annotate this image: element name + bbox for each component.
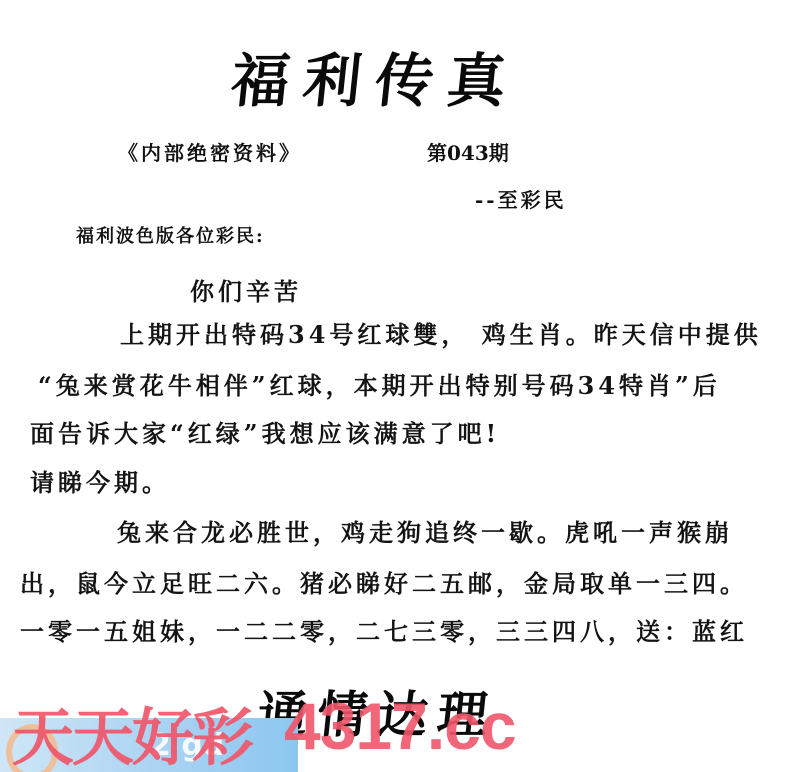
issue-number: 第043期 xyxy=(427,137,509,166)
greeting: 福利波色版各位彩民: xyxy=(76,222,265,248)
watermark-text: 天天好彩 xyxy=(12,688,252,772)
signature: --至彩民 xyxy=(475,184,567,213)
document-subtitle: 《内部绝密资料》 xyxy=(118,137,302,166)
document-title: 福利传真 xyxy=(228,34,525,118)
body-line-5: 请睇今期。 xyxy=(30,463,170,498)
body-line-1: 你们辛苦 xyxy=(190,272,302,307)
body-line-6: 兔来合龙必胜世，鸡走狗追终一歇。虎吼一声猴崩 xyxy=(117,513,733,548)
body-line-7: 出，鼠今立足旺二六。猪必睇好二五邮，金局取单一三四。 xyxy=(20,564,748,599)
body-line-8: 一零一五姐妹，一二二零，二七三零，三三四八，送：蓝红 xyxy=(20,612,748,647)
body-line-2: 上期开出特码34号红球雙， 鸡生肖。昨天信中提供 xyxy=(120,315,762,350)
body-line-4: 面告诉大家“红绿”我想应该满意了吧! xyxy=(30,414,500,449)
body-line-3: “兔来赏花牛相伴”红球，本期开出特别号码34特肖”后 xyxy=(38,366,721,401)
watermark-domain: 4317.cc xyxy=(284,688,516,764)
